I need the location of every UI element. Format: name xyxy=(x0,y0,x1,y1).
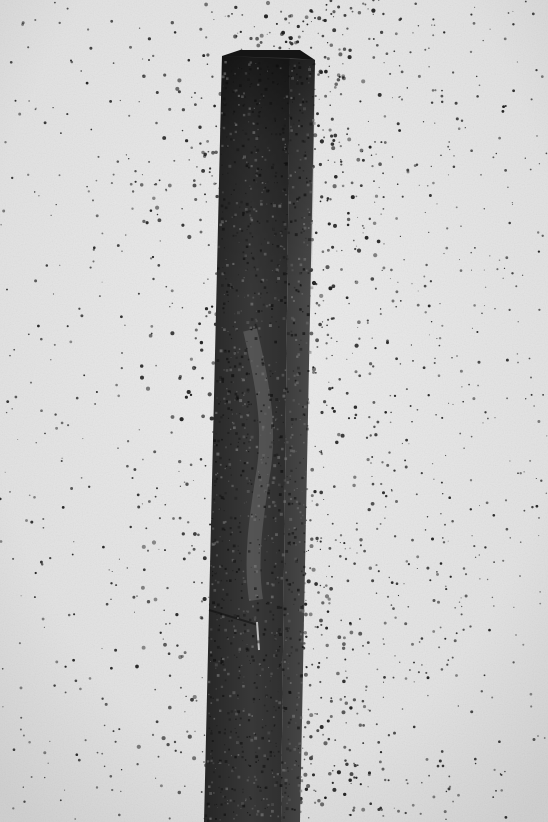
photograph xyxy=(0,0,548,822)
post xyxy=(204,50,316,822)
